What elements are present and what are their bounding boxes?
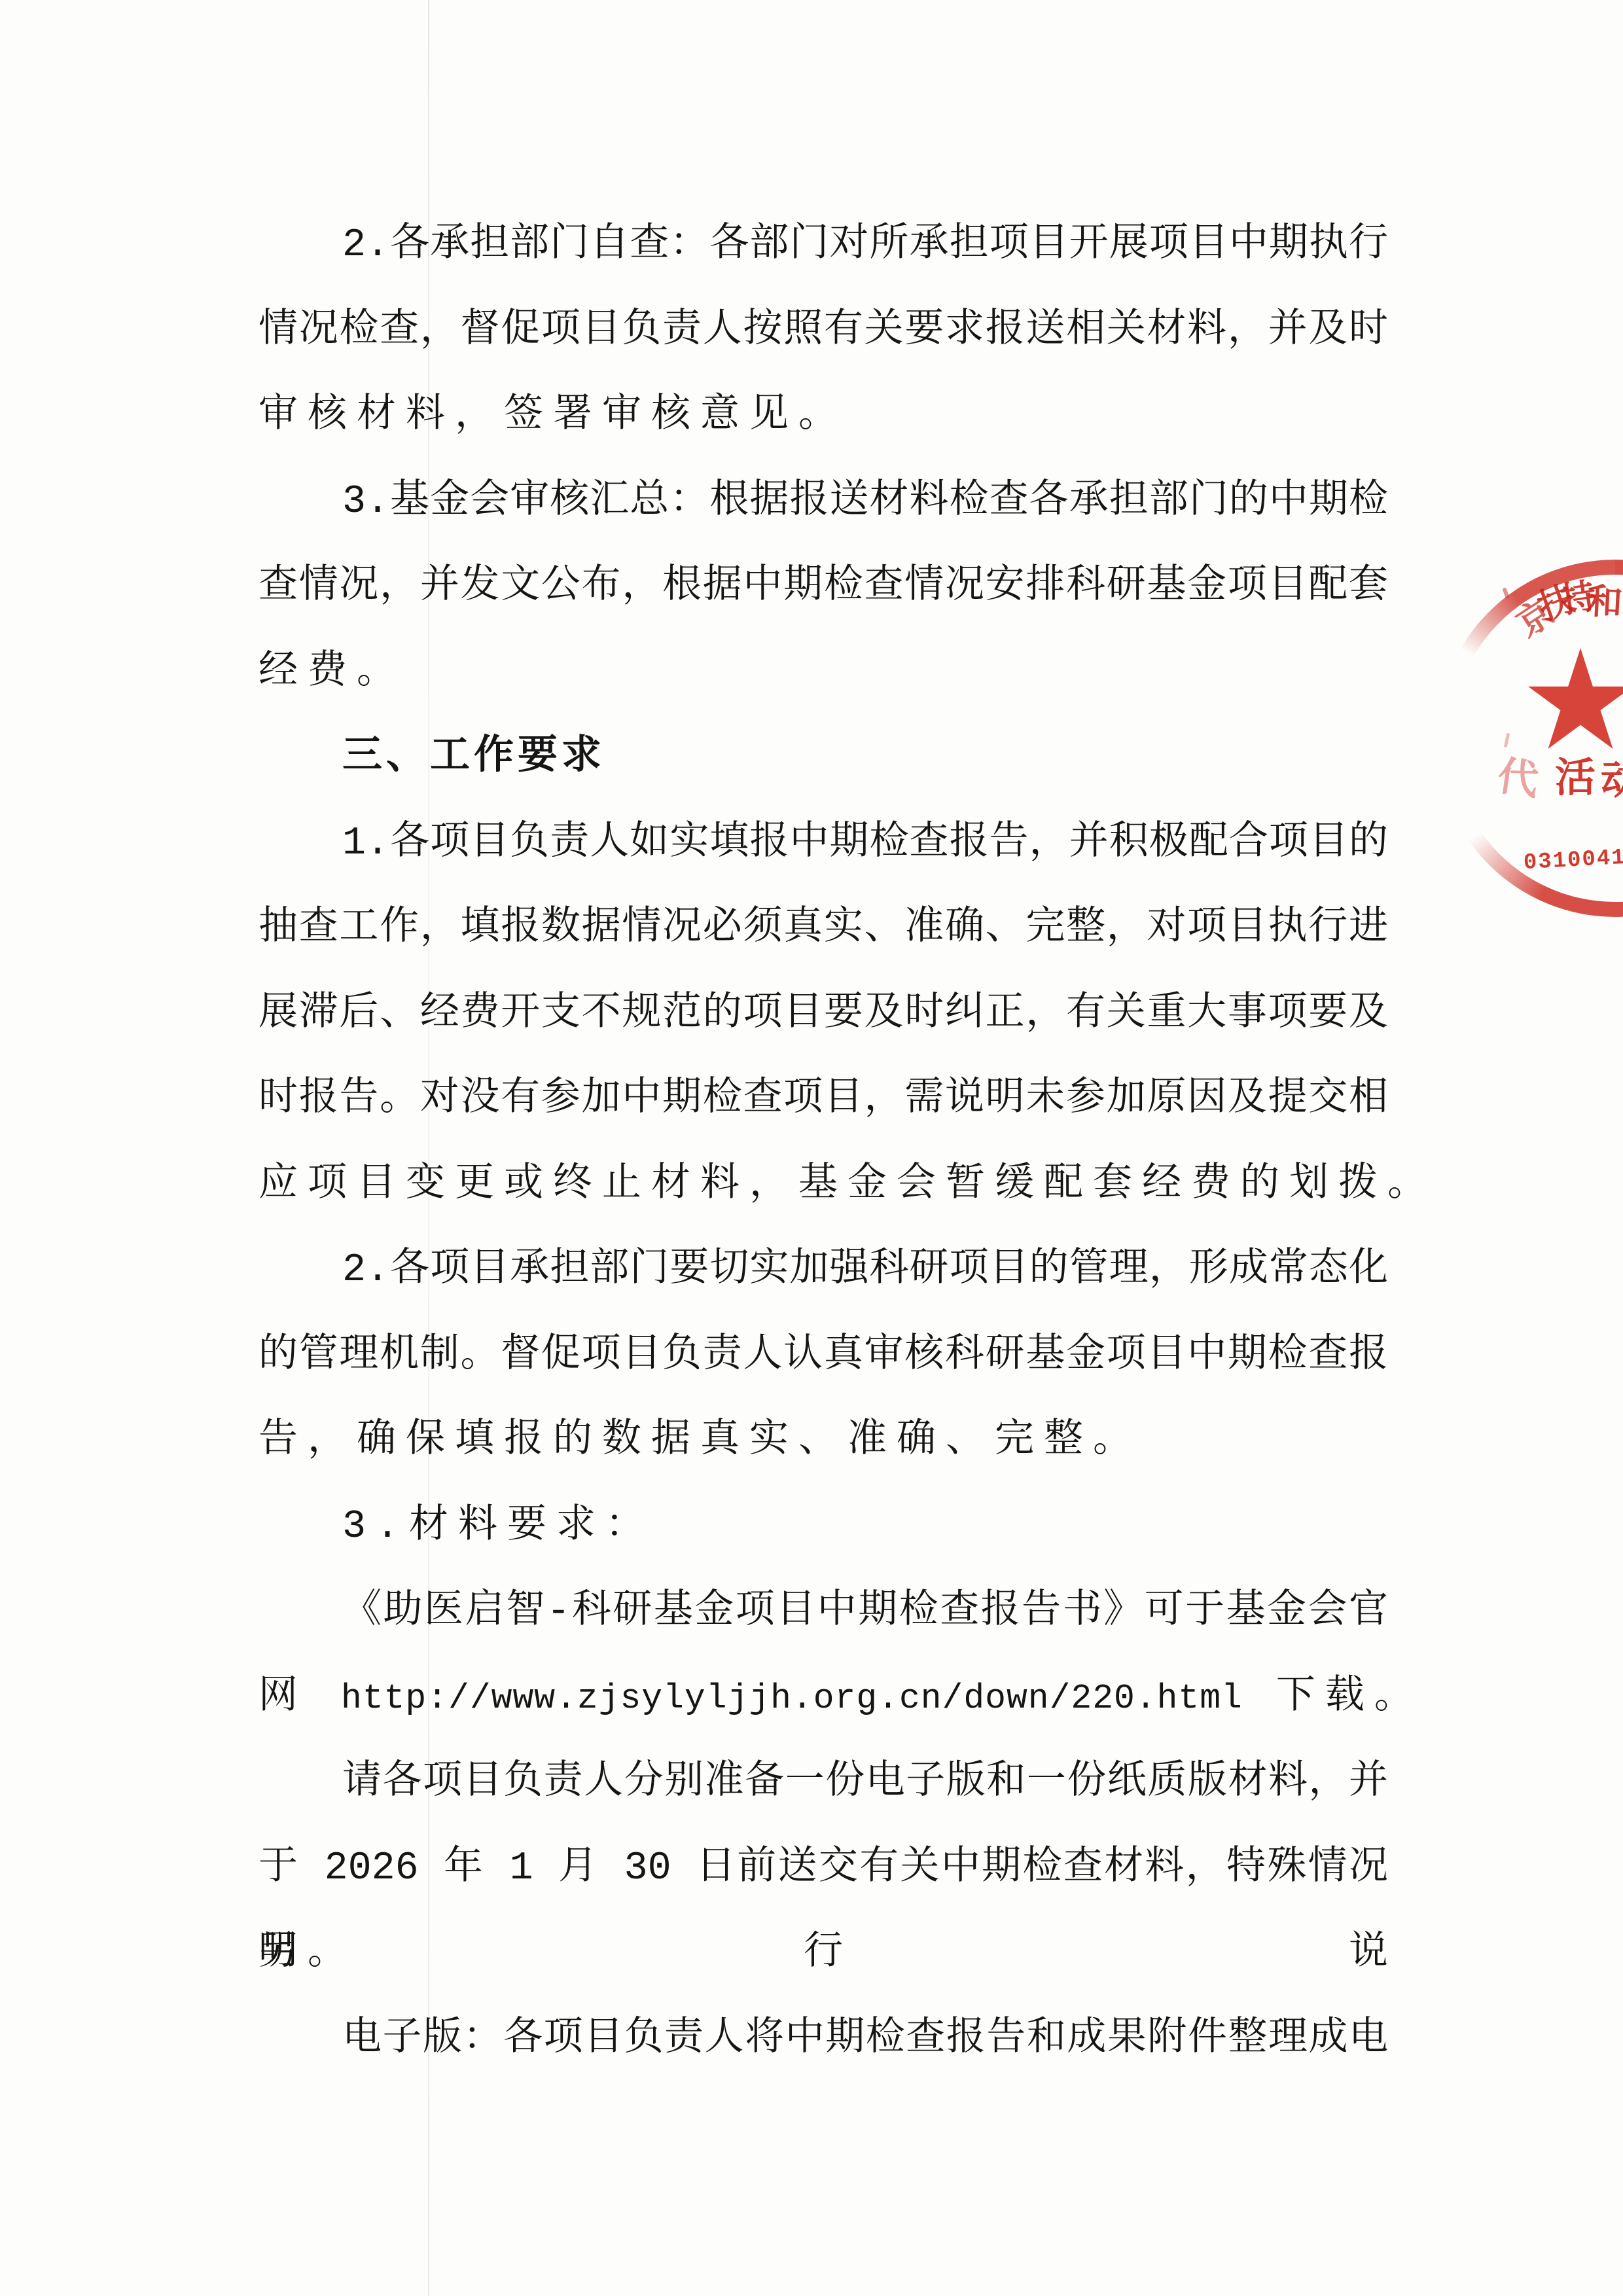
- text-line: 应项目变更或终止材料，基金会暂缓配套经费的划拨。: [259, 1143, 1388, 1229]
- text-line: 2.各承担部门自查：各部门对所承担项目开展项目中期执行: [259, 203, 1388, 289]
- url-prefix: 网: [259, 1676, 341, 1720]
- download-url: http://www.zjsylyljjh.org.cn/down/220.ht…: [341, 1679, 1243, 1718]
- text-line: 电子版：各项目负责人将中期检查报告和成果附件整理成电: [259, 1997, 1388, 2083]
- section-heading: 三、工作要求: [259, 715, 1388, 801]
- stamp-center-char: 动: [1598, 760, 1623, 806]
- url-suffix: 下载。: [1243, 1676, 1423, 1720]
- stamp-ink-speck: [1502, 587, 1509, 598]
- text-line: 告，确保填报的数据真实、准确、完整。: [259, 1399, 1388, 1484]
- text-line: 请各项目负责人分别准备一份电子版和一份纸质版材料，并: [259, 1740, 1388, 1826]
- text-line: 时报告。对没有参加中期检查项目，需说明未参加原因及提交相: [259, 1057, 1388, 1143]
- text-line: 经费。: [259, 630, 1388, 716]
- stamp-arc-char: 京: [1510, 594, 1565, 649]
- text-line: 审核材料，签署审核意见。: [259, 374, 1388, 459]
- text-line: 情况检查，督促项目负责人按照有关要求报送相关材料，并及时: [259, 289, 1388, 374]
- text-line: 2.各项目承担部门要切实加强科研项目的管理，形成常态化: [259, 1228, 1388, 1314]
- text-line: 于 2026 年 1 月 30 日前送交有关中期检查材料，特殊情况另行说: [259, 1826, 1388, 1912]
- stamp-arc-char: 和: [1584, 584, 1623, 626]
- text-line: 《助医启智-科研基金项目中期检查报告书》可于基金会官: [259, 1570, 1388, 1655]
- stamp-center-char: 代: [1491, 755, 1543, 807]
- stamp-ring: [1436, 560, 1623, 917]
- text-line: 3.材料要求：: [259, 1484, 1388, 1570]
- document-body: 2.各承担部门自查：各部门对所承担项目开展项目中期执行 情况检查，督促项目负责人…: [259, 203, 1388, 2082]
- scanned-document-page: 2.各承担部门自查：各部门对所承担项目开展项目中期执行 情况检查，督促项目负责人…: [0, 0, 1623, 2296]
- stamp-arc-char: 持: [1557, 579, 1602, 624]
- text-line: 的管理机制。督促项目负责人认真审核科研基金项目中期检查报: [259, 1314, 1388, 1399]
- text-line: 3.基金会审核汇总：根据报送材料检查各承担部门的中期检: [259, 459, 1388, 545]
- text-line: 1.各项目负责人如实填报中期检查报告，并积极配合项目的: [259, 801, 1388, 887]
- stamp-center-char: 活: [1552, 758, 1598, 804]
- text-line: 展滞后、经费开支不规范的项目要及时纠正，有关重大事项要及: [259, 972, 1388, 1058]
- stamp-arc-char: 扶: [1533, 581, 1583, 632]
- url-line: 网 http://www.zjsylyljjh.org.cn/down/220.…: [259, 1655, 1388, 1741]
- text-line: 抽查工作，填报数据情况必须真实、准确、完整，对项目执行进: [259, 886, 1388, 972]
- stamp-serial-number: 0310041: [1523, 846, 1623, 876]
- stamp-ink-speck: [1504, 733, 1510, 748]
- stamp-star-icon: [1528, 648, 1623, 749]
- text-line: 查情况，并发文公布，根据中期检查情况安排科研基金项目配套: [259, 545, 1388, 630]
